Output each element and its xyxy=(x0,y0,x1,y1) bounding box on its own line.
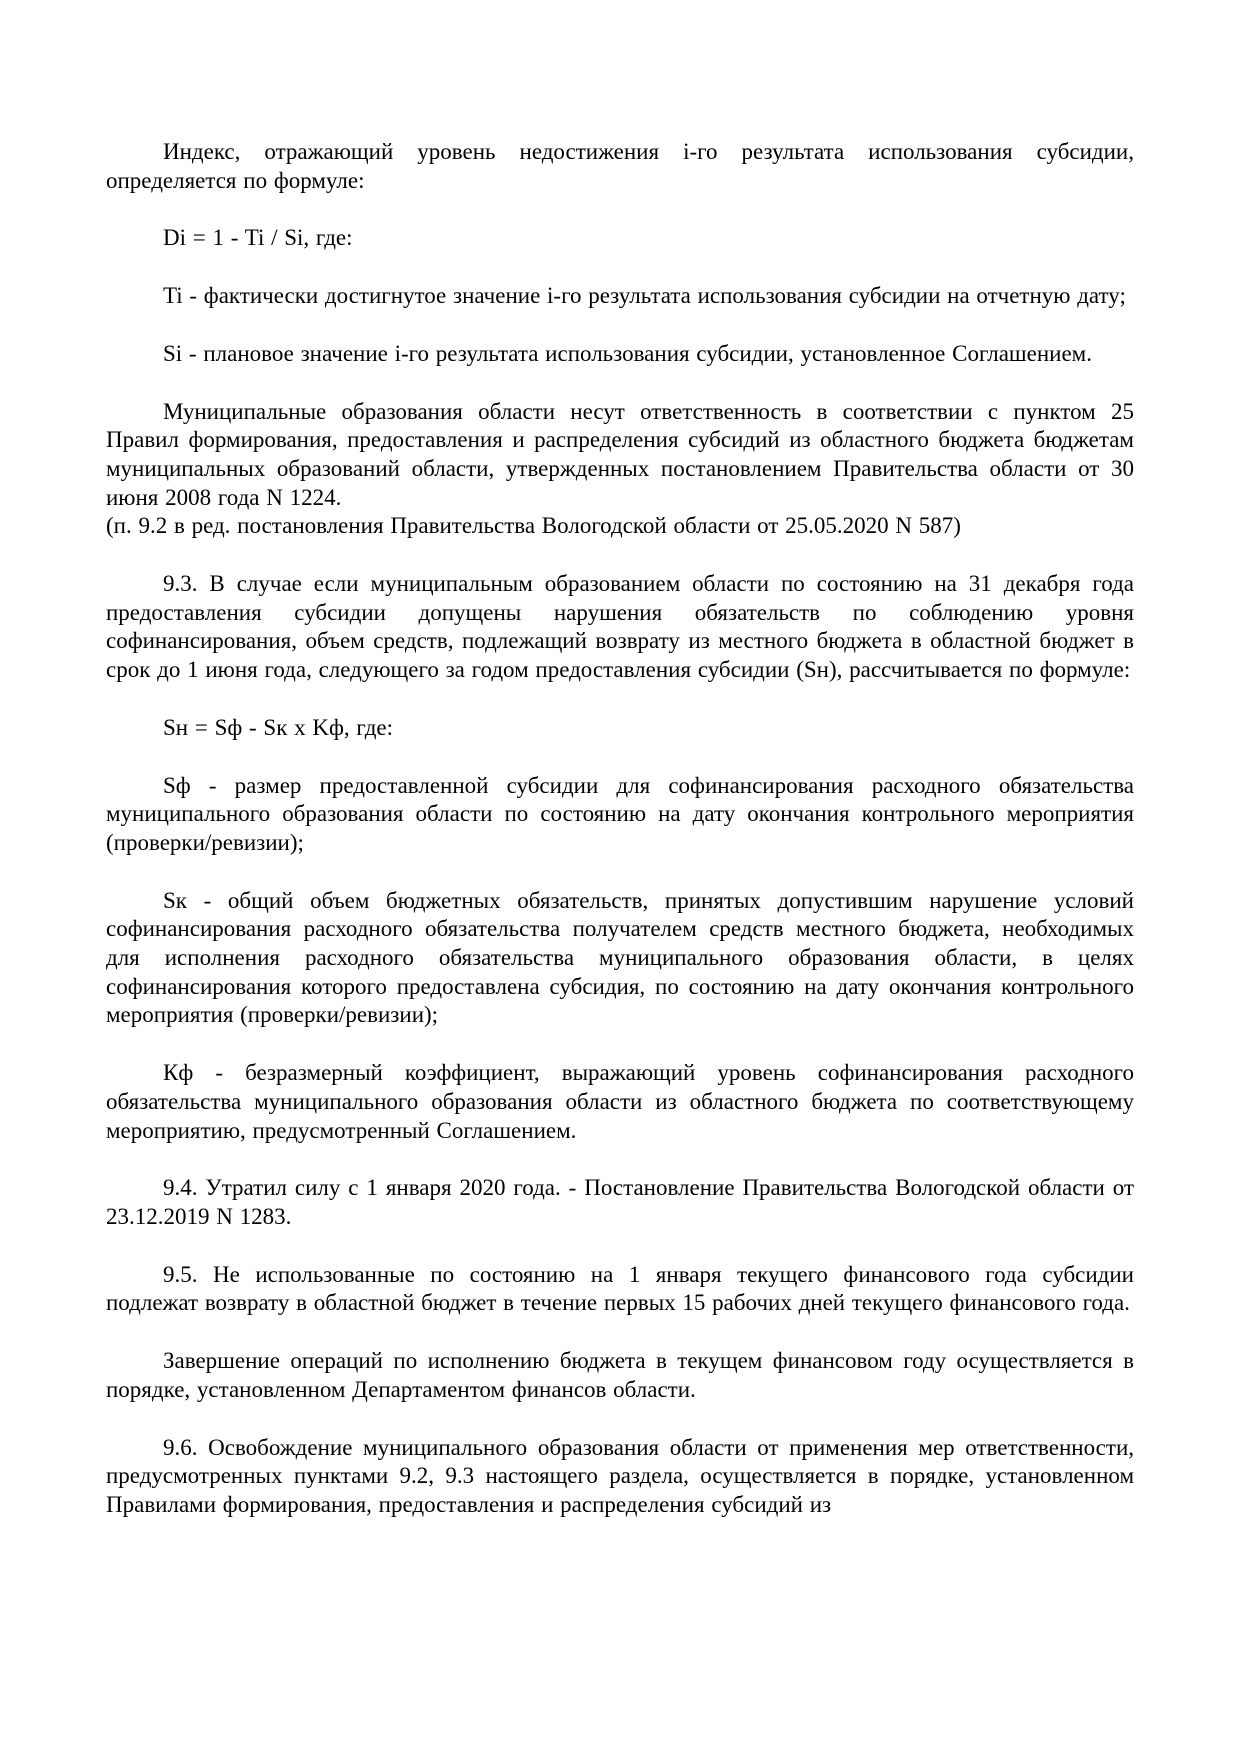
paragraph-5: Муниципальные образования области несут … xyxy=(106,398,1134,513)
paragraph-1: Индекс, отражающий уровень недостижения … xyxy=(106,138,1134,195)
paragraph-14: Завершение операций по исполнению бюджет… xyxy=(106,1347,1134,1404)
paragraph-3: Ti - фактически достигнутое значение i-г… xyxy=(106,282,1134,311)
paragraph-8: Sн = Sф - Sк x Kф, где: xyxy=(106,714,1134,743)
document-page: Индекс, отражающий уровень недостижения … xyxy=(106,138,1134,1520)
paragraph-4: Si - плановое значение i-го результата и… xyxy=(106,340,1134,369)
paragraph-15: 9.6. Освобождение муниципального образов… xyxy=(106,1434,1134,1520)
paragraph-11: Кф - безразмерный коэффициент, выражающи… xyxy=(106,1059,1134,1145)
paragraph-6: (п. 9.2 в ред. постановления Правительст… xyxy=(106,512,1134,541)
paragraph-10: Sк - общий объем бюджетных обязательств,… xyxy=(106,887,1134,1031)
paragraph-9: Sф - размер предоставленной субсидии для… xyxy=(106,772,1134,858)
paragraph-2: Di = 1 - Ti / Si, где: xyxy=(106,224,1134,253)
paragraph-7: 9.3. В случае если муниципальным образов… xyxy=(106,570,1134,685)
paragraph-12: 9.4. Утратил силу с 1 января 2020 года. … xyxy=(106,1174,1134,1231)
paragraph-13: 9.5. Не использованные по состоянию на 1… xyxy=(106,1261,1134,1318)
document-body: Индекс, отражающий уровень недостижения … xyxy=(106,138,1134,1520)
